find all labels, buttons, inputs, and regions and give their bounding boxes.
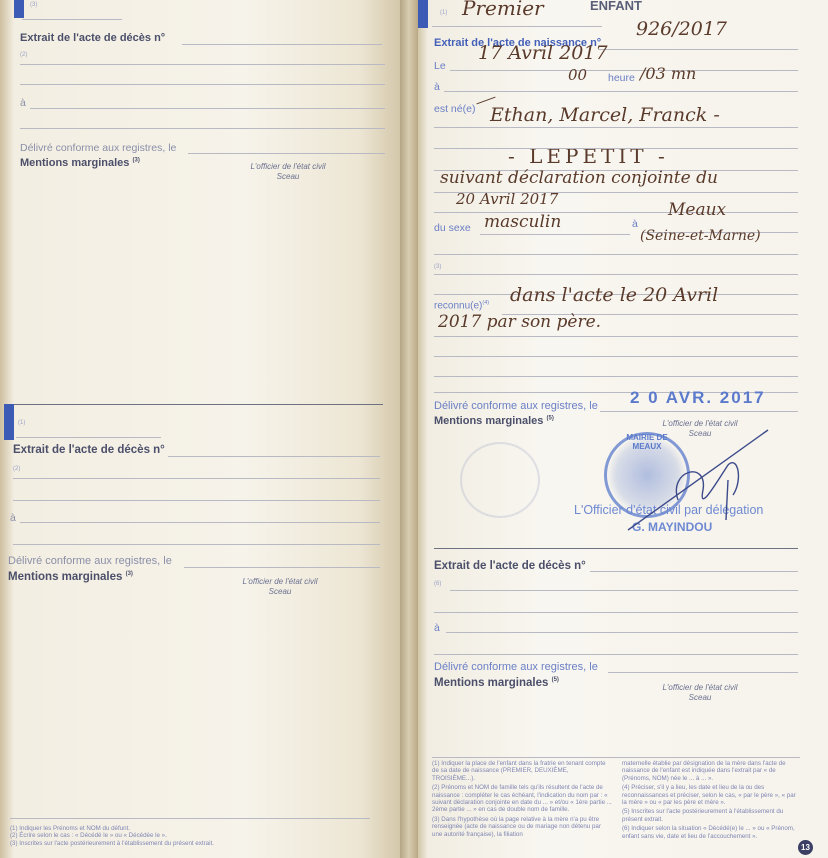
sex-label: du sexe xyxy=(434,222,471,234)
death-extract-title: Extrait de l'acte de décès n° xyxy=(434,560,586,572)
filiation-field[interactable] xyxy=(434,274,798,275)
footnotes-column-2: maternelle établie par désignation de la… xyxy=(622,760,802,840)
section-divider xyxy=(434,548,798,549)
delivered-date-field[interactable] xyxy=(608,672,798,673)
declaration-handwritten-line2[interactable]: 20 Avril 2017 xyxy=(456,190,558,208)
recognition-field-line3[interactable] xyxy=(434,356,798,357)
place-label: à xyxy=(632,218,638,230)
delivered-label: Délivré conforme aux registres, le xyxy=(434,400,598,412)
section-tab-marker xyxy=(4,404,14,440)
birth-place-handwritten[interactable]: Meaux xyxy=(668,200,726,220)
marginal-mentions-label: Mentions marginales (5) xyxy=(434,677,559,689)
delivered-label: Délivré conforme aux registres, le xyxy=(20,142,176,154)
declaration-handwritten-line1[interactable]: suivant déclaration conjointe du xyxy=(440,168,718,188)
left-page: (3) Extrait de l'acte de décès n° (2) à … xyxy=(0,0,408,858)
hour-label: heure xyxy=(608,72,635,84)
recognized-label: reconnu(e)(4) xyxy=(434,300,489,311)
marginal-mentions-label: Mentions marginales (3) xyxy=(8,571,133,583)
birth-date-handwritten[interactable]: 17 Avril 2017 xyxy=(478,42,608,64)
surname-field[interactable] xyxy=(434,148,798,149)
note-marker: (1) xyxy=(18,420,25,426)
note-marker: (3) xyxy=(30,2,37,8)
date-label: Le xyxy=(434,60,446,72)
note-marker: (2) xyxy=(20,52,27,58)
death-number-field[interactable] xyxy=(590,571,798,572)
birth-place-field-line2[interactable] xyxy=(434,254,798,255)
note-marker: (3) xyxy=(434,264,441,270)
place-label: à xyxy=(434,622,440,634)
note-marker: (2) xyxy=(13,466,20,472)
deceased-name-field[interactable] xyxy=(16,437,161,438)
recognition-handwritten-line1[interactable]: dans l'acte le 20 Avril xyxy=(510,284,718,306)
child-rank-handwritten: Premier xyxy=(462,0,544,20)
death-date-field-line2[interactable] xyxy=(20,84,385,85)
child-rank-label: ENFANT xyxy=(590,0,642,13)
section-tab-marker xyxy=(418,0,428,28)
death-extract-title: Extrait de l'acte de décès n° xyxy=(13,444,165,456)
death-date-field-line2[interactable] xyxy=(434,612,798,613)
death-place-field-line2[interactable] xyxy=(20,128,385,129)
footnote-divider xyxy=(10,818,370,819)
death-place-field[interactable] xyxy=(20,522,380,523)
delivered-date-field[interactable] xyxy=(188,153,385,154)
officer-signature-icon xyxy=(618,420,778,540)
delivered-date-field[interactable] xyxy=(184,567,380,568)
section-divider xyxy=(8,404,383,405)
footnotes-column-1: (1) Indiquer la place de l'enfant dans l… xyxy=(432,760,612,838)
page-number-badge: 13 xyxy=(798,840,813,855)
section-tab-marker xyxy=(14,0,24,18)
death-extract-title: Extrait de l'acte de décès n° xyxy=(20,32,165,44)
death-number-field[interactable] xyxy=(168,456,380,457)
delivered-date-field[interactable] xyxy=(600,411,798,412)
at-label: à xyxy=(434,81,440,93)
footnotes: (1) Indiquer les Prénoms et NOM du défun… xyxy=(10,825,390,847)
name-line xyxy=(22,19,122,20)
death-number-field[interactable] xyxy=(182,44,382,45)
marginal-mentions-label: Mentions marginales (5) xyxy=(434,415,554,427)
recognition-handwritten-line2[interactable]: 2017 par son père. xyxy=(438,312,601,332)
death-place-field-line2[interactable] xyxy=(434,654,798,655)
death-place-field[interactable] xyxy=(446,632,798,633)
right-page: (1) Premier ENFANT Extrait de l'acte de … xyxy=(418,0,828,858)
sex-handwritten[interactable]: masculin xyxy=(484,212,561,232)
officer-signature-area: L'officier de l'état civil Sceau xyxy=(650,683,750,703)
given-names-field[interactable] xyxy=(434,127,798,128)
recognition-field-line4[interactable] xyxy=(434,376,798,377)
marginal-mentions-label: Mentions marginales (3) xyxy=(20,157,140,169)
rank-field[interactable] xyxy=(432,26,602,27)
birth-time-field[interactable] xyxy=(444,91,798,92)
death-date-field[interactable] xyxy=(20,64,385,65)
recognition-field-line2[interactable] xyxy=(434,336,798,337)
death-date-field[interactable] xyxy=(450,590,798,591)
birth-hour-handwritten[interactable]: 00 xyxy=(568,66,587,84)
death-date-field[interactable] xyxy=(13,478,380,479)
note-marker: (6) xyxy=(434,581,441,587)
birth-minutes-handwritten[interactable]: /03 mn xyxy=(640,64,696,83)
death-date-field-line2[interactable] xyxy=(13,500,380,501)
death-place-field[interactable] xyxy=(30,108,385,109)
place-label: à xyxy=(20,97,26,109)
given-names-handwritten[interactable]: Ethan, Marcel, Franck - xyxy=(490,104,720,126)
footnote-divider xyxy=(432,757,800,758)
delivered-label: Délivré conforme aux registres, le xyxy=(434,661,598,673)
place-label: à xyxy=(10,512,16,524)
officer-signature-area: L'officier de l'état civil Sceau xyxy=(238,162,338,182)
sex-field[interactable] xyxy=(480,234,630,235)
birth-region-handwritten[interactable]: (Seine-et-Marne) xyxy=(640,228,761,244)
note-marker: (1) xyxy=(440,10,447,16)
officer-signature-area: L'officier de l'état civil Sceau xyxy=(230,577,330,597)
death-place-field-line2[interactable] xyxy=(13,544,380,545)
born-label: est né(e) xyxy=(434,103,475,115)
birth-date-field[interactable] xyxy=(450,70,798,71)
birth-number-handwritten[interactable]: 926/2017 xyxy=(636,18,727,40)
birth-number-field[interactable] xyxy=(598,49,798,50)
delivered-label: Délivré conforme aux registres, le xyxy=(8,555,172,567)
faded-seal-stamp xyxy=(460,442,540,518)
delivered-date-stamp: 2 0 AVR. 2017 xyxy=(630,388,766,408)
